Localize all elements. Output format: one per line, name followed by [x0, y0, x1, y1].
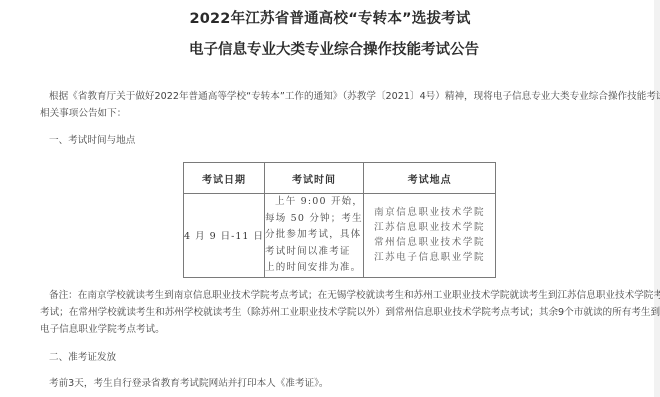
intro-paragraph-line-1: 根据《省教育厅关于做好2022年普通高等学校“专转本”工作的通知》（苏教学〔20… [49, 88, 660, 105]
time-line: 每场 50 分钟；考生 [265, 211, 363, 228]
table-row: 4 月 9 日-11 日 上午 9:00 开始， 每场 50 分钟；考生 分批参… [184, 194, 496, 278]
scrollbar-track[interactable] [654, 0, 660, 397]
cell-exam-time: 上午 9:00 开始， 每场 50 分钟；考生 分批参加考试，具体 考试时间以准… [265, 194, 364, 278]
note-line-1: 备注：在南京学校就读考生到南京信息职业技术学院考点考试；在无锡学校就读考生和苏州… [49, 287, 660, 304]
location-item: 常州信息职业技术学院 [364, 235, 495, 250]
location-item: 江苏电子信息职业学院 [364, 250, 495, 265]
time-line: 分批参加考试，具体 [265, 227, 363, 244]
table-header-row: 考试日期 考试时间 考试地点 [184, 163, 496, 194]
exam-schedule-table: 考试日期 考试时间 考试地点 4 月 9 日-11 日 上午 9:00 开始， … [183, 162, 496, 278]
time-line: 上的时间安排为准。 [265, 260, 363, 277]
admission-ticket-text: 考前3天，考生自行登录省教育考试院网站并打印本人《准考证》。 [49, 375, 329, 392]
header-exam-date: 考试日期 [184, 163, 265, 194]
intro-paragraph-line-2: 相关事项公告如下： [40, 105, 126, 122]
time-line: 考试时间以准考证 [265, 244, 363, 261]
cell-exam-date: 4 月 9 日-11 日 [184, 194, 265, 278]
note-line-3: 电子信息职业学院考点考试。 [40, 321, 165, 338]
cell-exam-location: 南京信息职业技术学院 江苏信息职业技术学院 常州信息职业技术学院 江苏电子信息职… [364, 194, 496, 278]
header-exam-location: 考试地点 [364, 163, 496, 194]
location-item: 江苏信息职业技术学院 [364, 220, 495, 235]
note-line-2: 考试；在常州学校就读考生和苏州学校就读考生（除苏州工业职业技术学院以外）到常州信… [40, 304, 660, 321]
section-2-heading: 二、准考证发放 [49, 349, 116, 366]
header-exam-time: 考试时间 [265, 163, 364, 194]
location-item: 南京信息职业技术学院 [364, 205, 495, 220]
title-line-2: 电子信息专业大类专业综合操作技能考试公告 [0, 38, 660, 59]
time-line: 上午 9:00 开始， [265, 194, 363, 211]
title-line-1: 2022年江苏省普通高校“专转本”选拔考试 [0, 7, 660, 28]
section-1-heading: 一、考试时间与地点 [49, 132, 135, 149]
